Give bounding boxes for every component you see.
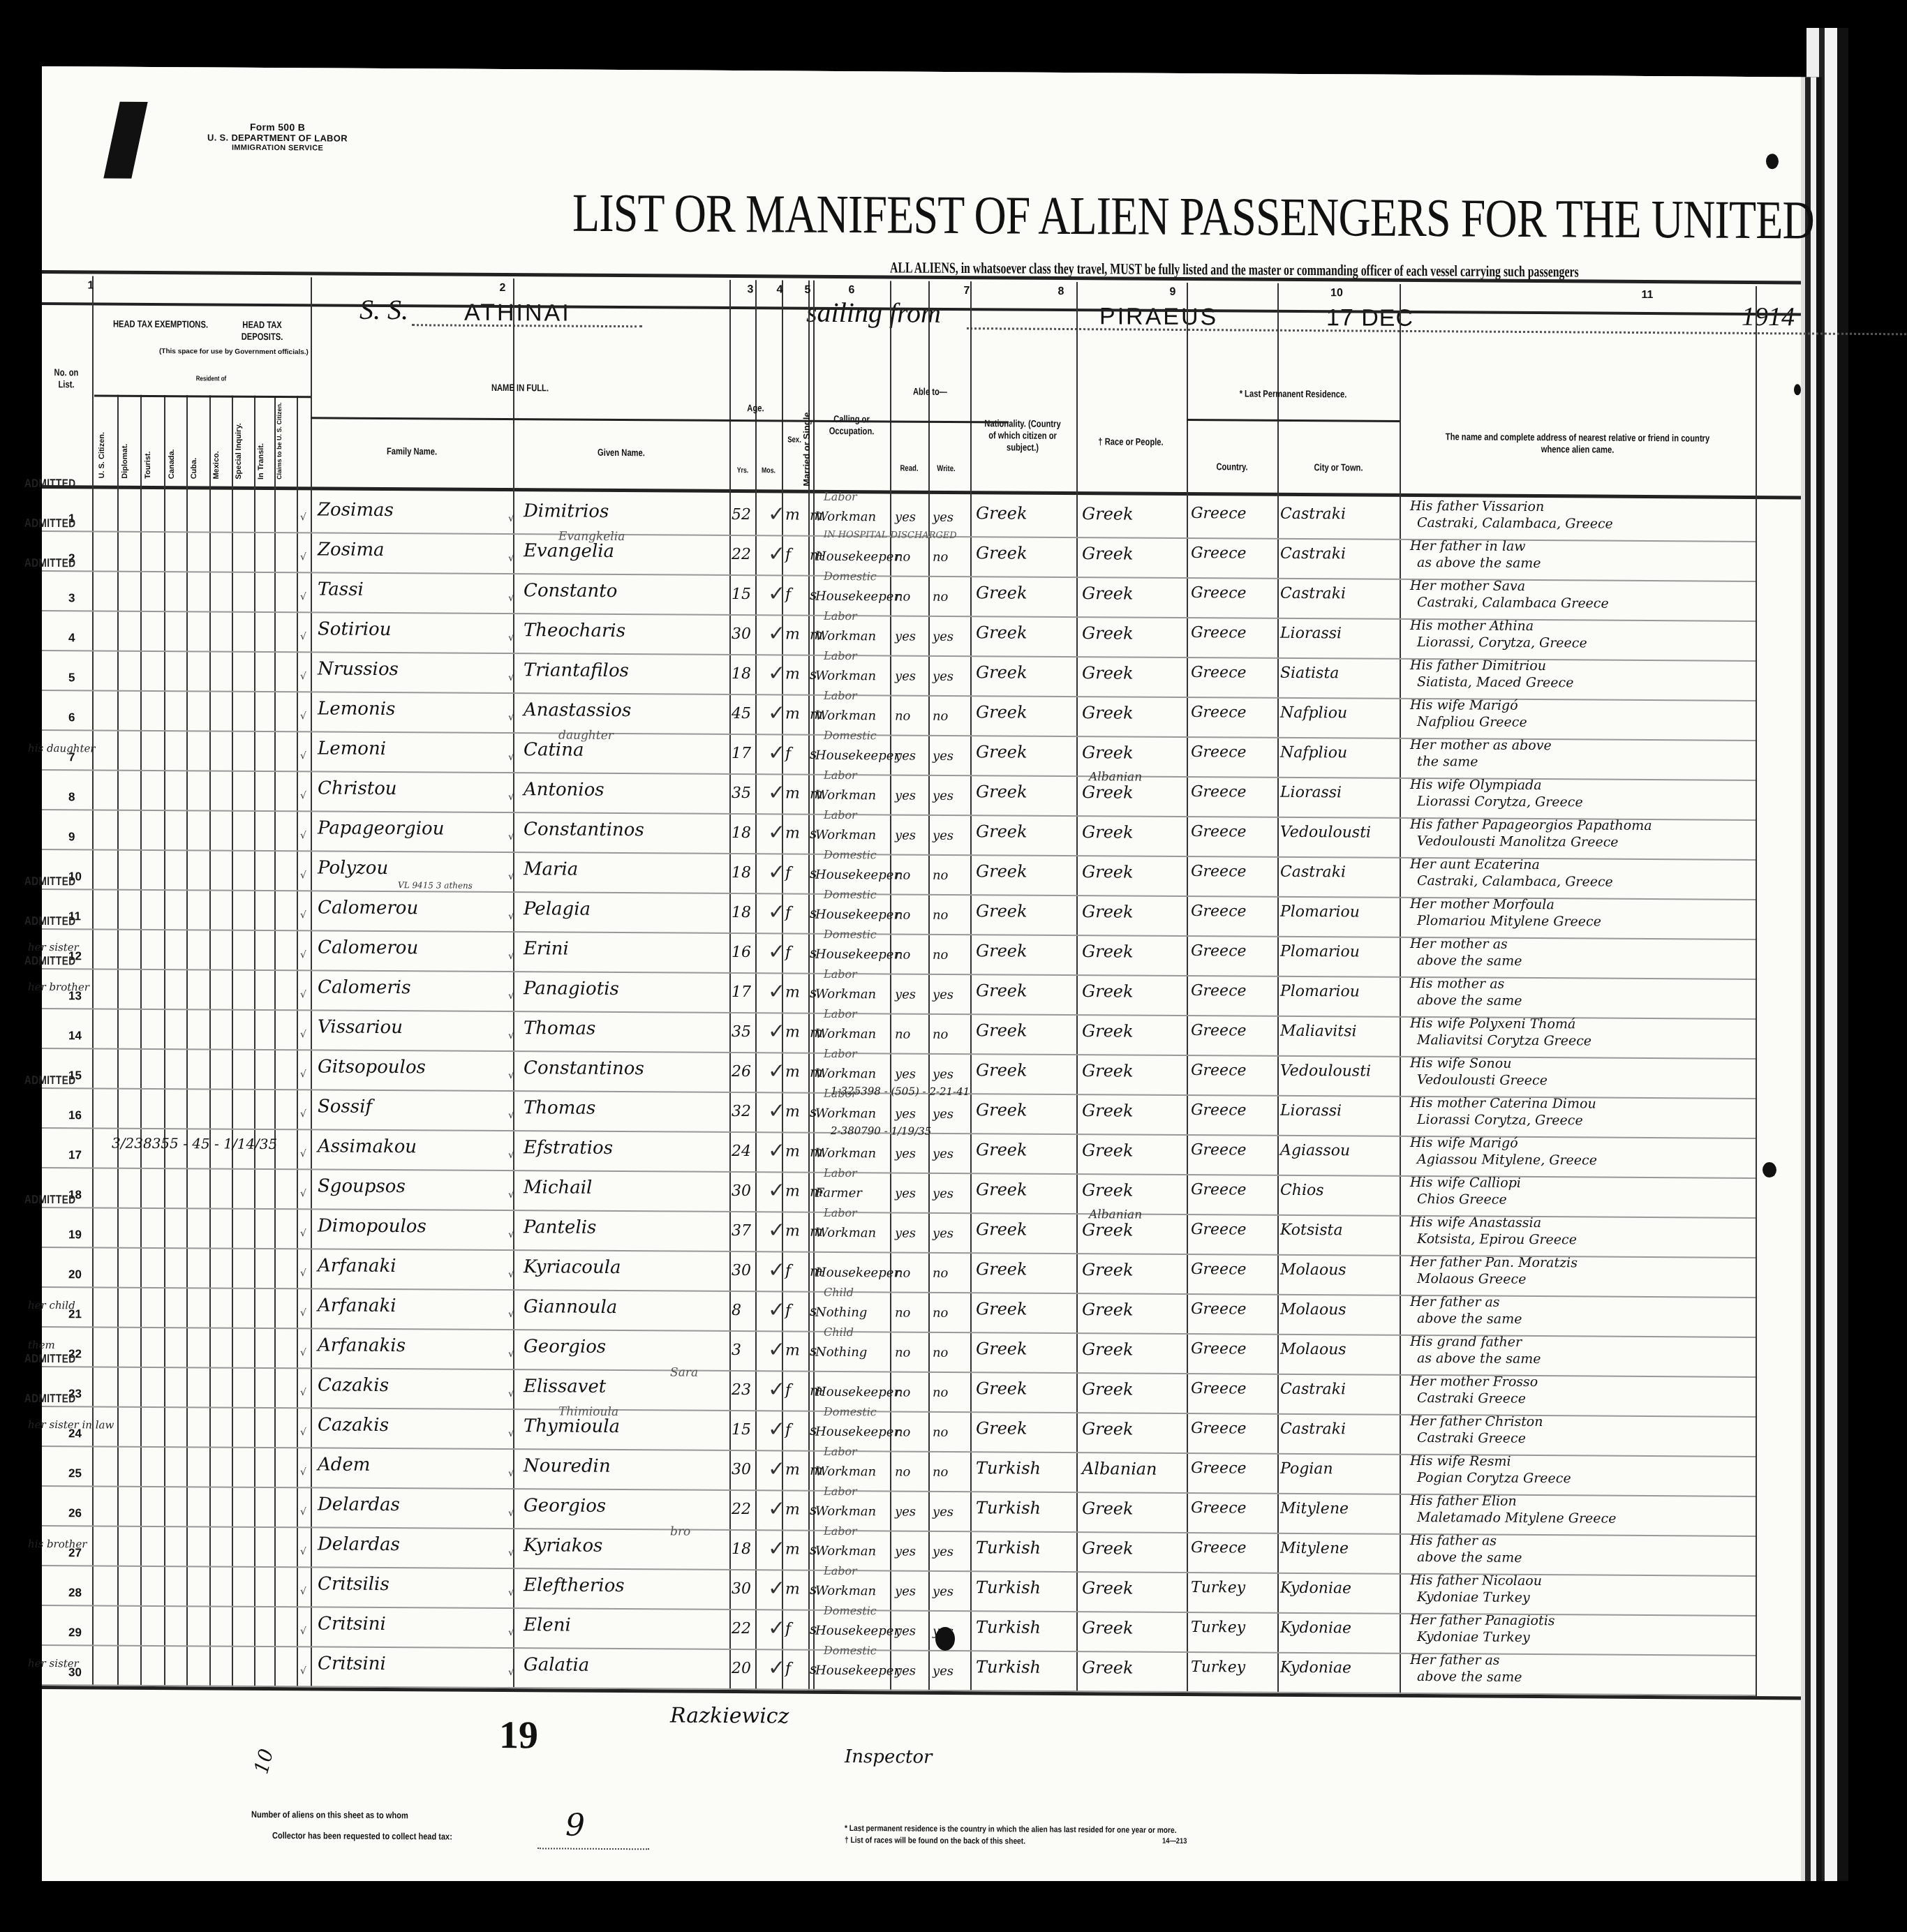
- footer-note-residence: * Last permanent residence is the countr…: [845, 1823, 1177, 1835]
- tick-family-mark: √: [300, 1665, 306, 1677]
- hdr-canada: Canada.: [168, 449, 176, 479]
- race: Greek: [1082, 1101, 1134, 1120]
- given-name: Dimitrios: [524, 500, 609, 522]
- nationality: Turkish: [976, 1538, 1041, 1558]
- relationship-margin-note: her brother: [28, 981, 89, 994]
- given-name: Giannoula: [524, 1296, 617, 1318]
- inspector-signature: Razkiewicz: [670, 1703, 789, 1728]
- residence-city: Plomariou: [1280, 943, 1360, 961]
- race: Greek: [1082, 1180, 1134, 1200]
- nearest-relative: Her mother FrossoCastraki Greece: [1410, 1373, 1538, 1407]
- nationality: Greek: [976, 782, 1027, 801]
- race: Greek: [1082, 862, 1134, 882]
- relative-line-1: His wife Sonou: [1410, 1055, 1548, 1072]
- tick-family-mark: √: [300, 591, 306, 602]
- can-write: no: [933, 709, 948, 724]
- ship-name: ATHINAI: [464, 299, 571, 327]
- relative-line-2: Nafpliou Greece: [1410, 713, 1527, 731]
- residence-city: Castraki: [1280, 863, 1346, 882]
- family-name: Vissariou: [318, 1016, 403, 1038]
- relative-line-2: Liorassi Corytza, Greece: [1410, 1111, 1596, 1129]
- hdr-relative: The name and complete address of nearest…: [1444, 431, 1712, 456]
- relative-line-1: Her mother as: [1410, 935, 1522, 953]
- service: IMMIGRATION SERVICE: [192, 142, 363, 154]
- can-write: yes: [933, 1187, 953, 1201]
- tick-given-mark: √: [508, 1150, 514, 1161]
- family-name-annotation: VL 9415 3 athens: [398, 880, 473, 891]
- age-years: 3: [732, 1342, 741, 1359]
- relative-line-1: Her father Christon: [1410, 1413, 1543, 1430]
- occupation-annotation: Labor: [824, 1445, 857, 1458]
- relative-line-1: His wife Marigó: [1410, 1134, 1597, 1152]
- admitted-stamp: ADMITTED: [24, 477, 75, 491]
- tick-family-mark: √: [300, 1069, 306, 1080]
- occupation: Workman: [815, 1106, 876, 1122]
- relative-line-2: Castraki, Calambaca, Greece: [1410, 872, 1613, 891]
- sex: f: [785, 1382, 791, 1399]
- residence-country: Greece: [1191, 1022, 1246, 1039]
- footer-aliens-label-1: Number of aliens on this sheet as to who…: [251, 1809, 408, 1820]
- age-years: 30: [732, 1461, 751, 1478]
- residence-city: Pogian: [1280, 1460, 1333, 1478]
- nationality: Turkish: [976, 1577, 1041, 1598]
- residence-country: Greece: [1191, 624, 1246, 641]
- can-write: yes: [933, 510, 953, 525]
- given-name: Eleni: [524, 1614, 571, 1635]
- nationality: Greek: [976, 1379, 1027, 1398]
- residence-city: Plomariou: [1280, 903, 1360, 921]
- residence-country: Greece: [1191, 823, 1246, 840]
- age-check-mark: ✓: [768, 1019, 785, 1043]
- nationality: Greek: [976, 861, 1027, 881]
- occupation: Workman: [815, 1584, 876, 1599]
- residence-country: Greece: [1191, 505, 1246, 522]
- given-name: Thomas: [524, 1018, 595, 1039]
- residence-country: Greece: [1191, 1101, 1246, 1119]
- form-identifier: Form 500 B U. S. DEPARTMENT OF LABOR IMM…: [192, 121, 363, 154]
- race: Greek: [1082, 822, 1134, 842]
- given-name: Eleftherios: [524, 1575, 625, 1596]
- sex: m: [785, 1501, 800, 1519]
- ink-blot: [1763, 1162, 1776, 1177]
- nearest-relative: His wife Polyxeni ThomáMaliavitsi Corytz…: [1410, 1015, 1591, 1050]
- relative-line-2: above the same: [1410, 1310, 1522, 1328]
- relative-line-1: His grand father: [1410, 1333, 1541, 1351]
- relationship-margin-note: her child: [28, 1299, 75, 1311]
- relative-line-1: His wife Resmi: [1410, 1452, 1571, 1470]
- sex: m: [785, 1462, 800, 1479]
- hdr-special-inquiry: Special Inquiry.: [235, 423, 243, 480]
- relative-line-1: His wife Marigó: [1410, 697, 1527, 714]
- occupation-annotation: Labor: [824, 490, 857, 503]
- row-number: 4: [68, 631, 75, 645]
- hdr-cuba: Cuba.: [190, 458, 198, 480]
- race: Greek: [1082, 1339, 1134, 1359]
- given-name: Georgios: [524, 1495, 606, 1517]
- occupation: Workman: [815, 788, 876, 803]
- age-check-mark: ✓: [768, 1377, 785, 1402]
- occupation-annotation: Labor: [824, 1206, 857, 1219]
- residence-city: Mitylene: [1280, 1540, 1349, 1558]
- race: Greek: [1082, 1300, 1134, 1319]
- tick-family-mark: √: [300, 1546, 306, 1557]
- can-read: yes: [895, 1067, 916, 1081]
- residence-country: Greece: [1191, 902, 1246, 920]
- residence-city: Castraki: [1280, 545, 1346, 563]
- tick-family-mark: √: [300, 1466, 306, 1478]
- residence-country: Greece: [1191, 1380, 1246, 1397]
- colnum-10: 10: [1323, 287, 1351, 299]
- tick-family-mark: √: [300, 1586, 306, 1597]
- hdr-read: Read.: [894, 462, 925, 474]
- family-name: Sotiriou: [318, 618, 391, 640]
- nationality: Greek: [976, 1299, 1027, 1318]
- residence-country: Greece: [1191, 863, 1246, 880]
- given-name: Efstratios: [524, 1137, 613, 1159]
- hdr-last-residence: * Last Permanent Residence.: [1208, 387, 1379, 400]
- family-name: Zosimas: [318, 499, 394, 521]
- given-name-annotation: Thimioula: [558, 1405, 618, 1420]
- inspector-title: Inspector: [845, 1746, 932, 1768]
- age-years: 20: [732, 1660, 751, 1677]
- can-read: yes: [895, 1186, 916, 1201]
- given-name: Kyriakos: [524, 1535, 602, 1556]
- occupation-annotation: Domestic: [824, 570, 877, 583]
- relationship-margin-note: her sister in law: [28, 1418, 114, 1432]
- aliens-count-value: 9: [565, 1808, 585, 1843]
- residence-country: Greece: [1191, 1300, 1246, 1318]
- occupation: Housekeeper: [815, 549, 900, 565]
- can-read: yes: [895, 1226, 916, 1240]
- sailing-label: sailing from: [806, 296, 941, 329]
- residence-city: Liorassi: [1280, 1102, 1342, 1120]
- family-name: Calomeris: [318, 976, 411, 998]
- given-name: Constanto: [524, 580, 617, 602]
- tick-given-mark: √: [508, 1508, 514, 1519]
- age-check-mark: ✓: [768, 860, 785, 884]
- sex: f: [785, 1302, 791, 1320]
- tick-family-mark: √: [300, 512, 306, 523]
- given-name-annotation: Sara: [670, 1365, 698, 1379]
- can-write: yes: [933, 1226, 953, 1241]
- sex: m: [785, 1143, 800, 1161]
- hdr-country: Country.: [1196, 461, 1268, 473]
- relationship-margin-note: her sister: [28, 941, 79, 953]
- occupation: Nothing: [815, 1345, 867, 1360]
- relative-line-1: His father Papageorgios Papathoma: [1410, 816, 1652, 834]
- sex: f: [785, 944, 791, 962]
- nearest-relative: His wife AnastassiaKotsista, Epirou Gree…: [1410, 1214, 1577, 1248]
- age-check-mark: ✓: [768, 1178, 785, 1203]
- race: Greek: [1082, 1419, 1134, 1439]
- tick-family-mark: √: [300, 631, 306, 642]
- hdr-name-in-full: NAME IN FULL.: [353, 381, 688, 395]
- age-years: 35: [732, 785, 751, 802]
- residence-city: Molaous: [1280, 1261, 1346, 1279]
- can-read: no: [895, 549, 910, 564]
- occupation: Housekeeper: [815, 1425, 900, 1440]
- residence-country: Greece: [1191, 1062, 1246, 1079]
- relationship-margin-note: them: [28, 1339, 55, 1351]
- race: Greek: [1082, 1021, 1134, 1041]
- race: Greek: [1082, 782, 1134, 802]
- hdr-given-name: Given Name.: [537, 446, 705, 459]
- nearest-relative: Her father ChristonCastraki Greece: [1410, 1413, 1543, 1447]
- occupation: Housekeeper: [815, 907, 900, 923]
- occupation-annotation: Labor: [824, 1007, 857, 1020]
- residence-country: Greece: [1191, 1420, 1246, 1437]
- age-years: 18: [732, 904, 751, 921]
- admitted-stamp: ADMITTED: [24, 1073, 75, 1087]
- sex: f: [785, 1263, 791, 1280]
- relative-line-1: Her father in law: [1410, 537, 1541, 555]
- nearest-relative: Her mother MorfoulaPlomariou Mitylene Gr…: [1410, 896, 1601, 930]
- tick-given-mark: √: [508, 1229, 514, 1240]
- tick-family-mark: √: [300, 1347, 306, 1358]
- race: Greek: [1082, 1140, 1134, 1160]
- age-years: 16: [732, 944, 751, 961]
- relative-line-1: His wife Polyxeni Thomá: [1410, 1015, 1591, 1033]
- hdr-age: Age.: [735, 402, 777, 414]
- can-read: yes: [895, 669, 916, 683]
- footer-print-code: 14—213: [1162, 1837, 1187, 1845]
- residence-city: Vedoulousti: [1280, 824, 1371, 842]
- relative-line-2: Maliavitsi Corytza Greece: [1410, 1032, 1591, 1050]
- age-years: 17: [732, 983, 751, 1001]
- can-write: no: [933, 1346, 948, 1360]
- sex: f: [785, 547, 791, 564]
- race-annotation: Albanian: [1089, 1207, 1142, 1221]
- age-check-mark: ✓: [768, 1258, 785, 1282]
- can-write: yes: [933, 1505, 953, 1519]
- relative-line-2: above the same: [1410, 992, 1522, 1009]
- nationality: Greek: [976, 543, 1027, 563]
- can-write: no: [933, 1027, 948, 1042]
- sex: f: [785, 1621, 791, 1638]
- hdr-no-on-list: No. on List.: [47, 366, 86, 390]
- given-name: Catina: [524, 739, 584, 761]
- row-number: 20: [68, 1268, 82, 1281]
- given-name: Galatia: [524, 1654, 589, 1676]
- tick-family-mark: √: [300, 1427, 306, 1438]
- relative-line-2: Castraki Greece: [1410, 1390, 1538, 1407]
- sex: m: [785, 1541, 800, 1559]
- residence-country: Greece: [1191, 982, 1246, 1000]
- residence-country: Turkey: [1191, 1619, 1245, 1636]
- sailing-year: 1914: [1742, 302, 1795, 332]
- row-number: 3: [68, 591, 75, 605]
- occupation-annotation: Domestic: [824, 729, 877, 742]
- nearest-relative: His wife CalliopiChios Greece: [1410, 1174, 1521, 1208]
- nearest-relative: His wife OlympiadaLiorassi Corytza, Gree…: [1410, 776, 1583, 811]
- family-name: Arfanakis: [318, 1335, 406, 1356]
- age-check-mark: ✓: [768, 900, 785, 924]
- hdr-yrs: Yrs.: [732, 465, 753, 477]
- can-read: yes: [895, 1584, 916, 1598]
- can-read: no: [895, 1464, 910, 1479]
- race: Greek: [1082, 544, 1134, 563]
- admitted-stamp: ADMITTED: [24, 556, 75, 570]
- relationship-margin-note: his daughter: [28, 742, 95, 755]
- family-name: Zosima: [318, 539, 385, 560]
- footer-aliens-label-2: Collector has been requested to collect …: [272, 1830, 452, 1842]
- can-write: no: [933, 868, 948, 883]
- relative-line-1: Her mother Frosso: [1410, 1373, 1538, 1390]
- age-check-mark: ✓: [768, 1138, 785, 1163]
- occupation-annotation: Domestic: [824, 1604, 877, 1617]
- family-name: Cazakis: [318, 1414, 389, 1436]
- scan-shadow: [42, 1881, 1871, 1932]
- race: Greek: [1082, 1220, 1134, 1240]
- hdr-tourist: Tourist.: [144, 451, 152, 479]
- can-write: yes: [933, 988, 953, 1002]
- nationality: Greek: [976, 941, 1027, 960]
- given-name: Michail: [524, 1177, 592, 1198]
- can-read: no: [895, 1305, 910, 1320]
- age-years: 22: [732, 546, 751, 563]
- nationality: Greek: [976, 623, 1027, 642]
- residence-country: Greece: [1191, 704, 1246, 721]
- relative-line-2: Pogian Corytza Greece: [1410, 1469, 1571, 1487]
- occupation-annotation: Domestic: [824, 928, 877, 941]
- family-name: Christou: [318, 778, 397, 799]
- can-read: no: [895, 1027, 910, 1041]
- occupation: Workman: [815, 1027, 876, 1042]
- can-write: yes: [933, 630, 953, 644]
- nearest-relative: His wife ResmiPogian Corytza Greece: [1410, 1452, 1571, 1487]
- rule-subhdr-b: [311, 417, 1009, 423]
- nearest-relative: Her father in lawas above the same: [1410, 537, 1541, 572]
- given-name: Theocharis: [524, 620, 625, 641]
- relative-line-2: Castraki, Calambaca Greece: [1410, 594, 1609, 612]
- can-read: no: [895, 868, 910, 882]
- race: Greek: [1082, 1379, 1134, 1399]
- nearest-relative: His mother AthinaLiorassi, Corytza, Gree…: [1410, 617, 1587, 652]
- relative-line-2: Kotsista, Epirou Greece: [1410, 1231, 1577, 1248]
- admitted-stamp: ADMITTED: [24, 517, 75, 530]
- nationality: Greek: [976, 822, 1027, 841]
- gov-note: (This space for use by Government offici…: [159, 348, 309, 356]
- margin-mark: 10: [249, 1746, 278, 1776]
- ink-blot: [1766, 154, 1779, 169]
- manifest-sheet: Form 500 B U. S. DEPARTMENT OF LABOR IMM…: [42, 66, 1801, 1905]
- race: Greek: [1082, 1658, 1134, 1677]
- can-read: no: [895, 1345, 910, 1360]
- age-check-mark: ✓: [768, 939, 785, 964]
- admitted-stamp: ADMITTED: [24, 1352, 75, 1366]
- sex: m: [785, 1064, 800, 1081]
- sex: m: [785, 507, 800, 524]
- occupation: Workman: [815, 708, 876, 724]
- sex: m: [785, 1581, 800, 1598]
- tick-family-mark: √: [300, 671, 306, 682]
- tick-family-mark: √: [300, 1228, 306, 1239]
- occupation: Housekeeper: [815, 589, 900, 604]
- residence-country: Greece: [1191, 544, 1246, 562]
- given-name: Constantinos: [524, 1057, 644, 1079]
- voyage-line: S. S. ATHINAI sailing from PIRAEUS 17 DE…: [359, 293, 1783, 341]
- can-read: no: [895, 947, 910, 962]
- sex: f: [785, 1422, 791, 1439]
- tick-given-mark: √: [508, 1309, 514, 1320]
- family-name: Critsini: [318, 1613, 386, 1635]
- occupation-annotation: Labor: [824, 649, 857, 662]
- given-name: Georgios: [524, 1336, 606, 1358]
- race: Greek: [1082, 1538, 1134, 1558]
- relative-line-2: Chios Greece: [1410, 1191, 1521, 1208]
- tick-family-mark: √: [300, 1148, 306, 1159]
- family-name: Calomerou: [318, 897, 418, 919]
- can-write: yes: [933, 1147, 953, 1161]
- age-check-mark: ✓: [768, 1059, 785, 1083]
- relative-line-2: Castraki, Calambaca, Greece: [1410, 514, 1613, 533]
- row-number: 29: [68, 1626, 82, 1640]
- age-check-mark: ✓: [768, 1576, 785, 1600]
- hdr-write: Write.: [931, 463, 962, 475]
- tick-given-mark: √: [508, 1667, 514, 1678]
- residence-country: Greece: [1191, 942, 1246, 960]
- age-years: 8: [732, 1302, 741, 1319]
- row-number: 25: [68, 1466, 82, 1480]
- hdr-head-tax-deposits: HEAD TAX DEPOSITS.: [236, 319, 289, 343]
- sex: m: [785, 1183, 800, 1201]
- occupation: Housekeeper: [815, 1385, 900, 1400]
- can-read: no: [895, 589, 910, 604]
- can-read: yes: [895, 1544, 916, 1559]
- colnum-4: 4: [769, 283, 790, 296]
- row-number: 6: [68, 711, 75, 724]
- occupation-annotation: Labor: [824, 1564, 857, 1577]
- residence-country: Greece: [1191, 1261, 1246, 1278]
- given-name: Kyriacoula: [524, 1256, 621, 1278]
- admitted-stamp: ADMITTED: [24, 1392, 75, 1406]
- occupation-annotation: Labor: [824, 768, 857, 782]
- given-name-annotation: Evangkelia: [558, 530, 625, 544]
- sex: m: [785, 1342, 800, 1360]
- sex: m: [785, 626, 800, 644]
- hdr-family-name: Family Name.: [331, 445, 493, 458]
- age-years: 37: [732, 1222, 751, 1240]
- given-name: Nouredin: [524, 1455, 611, 1477]
- nationality: Greek: [976, 1339, 1027, 1358]
- given-name: Triantafilos: [524, 660, 629, 681]
- age-check-mark: ✓: [768, 1536, 785, 1561]
- hdr-resident-of: Resident of: [185, 373, 238, 385]
- nationality: Greek: [976, 1259, 1027, 1279]
- age-check-mark: ✓: [768, 1417, 785, 1441]
- residence-country: Greece: [1191, 584, 1246, 602]
- age-years: 52: [732, 506, 751, 523]
- can-read: yes: [895, 828, 916, 842]
- occupation-annotation: Labor: [824, 1047, 857, 1060]
- tick-given-mark: √: [508, 1547, 514, 1559]
- tick-given-mark: √: [508, 1030, 514, 1041]
- age-check-mark: ✓: [768, 1496, 785, 1521]
- age-years: 23: [732, 1381, 751, 1399]
- can-read: yes: [895, 629, 916, 644]
- occupation: Workman: [815, 1146, 876, 1161]
- nationality: Turkish: [976, 1617, 1041, 1637]
- residence-city: Kotsista: [1280, 1221, 1343, 1240]
- tick-given-mark: √: [508, 1468, 514, 1479]
- residence-city: Castraki: [1280, 1381, 1346, 1399]
- tick-family-mark: √: [300, 1029, 306, 1040]
- family-name: Sossif: [318, 1096, 372, 1117]
- relative-line-2: Agiassou Mitylene, Greece: [1410, 1151, 1597, 1169]
- residence-city: Nafpliou: [1280, 744, 1347, 762]
- race: Greek: [1082, 1578, 1134, 1598]
- occupation: Housekeeper: [815, 1265, 900, 1281]
